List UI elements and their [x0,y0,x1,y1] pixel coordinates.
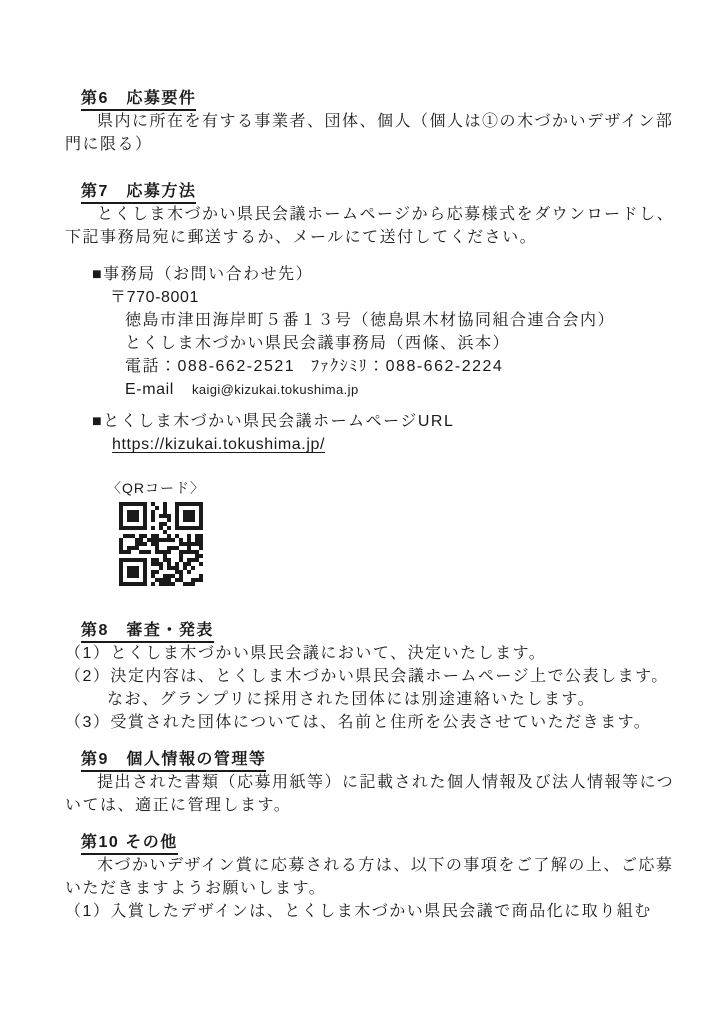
section8-heading: 第8 審査・発表 [65,619,685,642]
spacer [65,249,685,263]
section6-heading-text: 第6 応募要件 [81,88,196,111]
document-content: 第6 応募要件 県内に所在を有する事業者、団体、個人（個人は①の木づかいデザイン… [65,87,685,923]
office-title: ■事務局（お問い合わせ先） [65,263,685,286]
section7-heading-text: 第7 応募方法 [81,181,196,204]
qr-code-label: 〈QRコード〉 [65,477,685,500]
section9-body-line2: いては、適正に管理します。 [65,794,685,817]
section9-body-line1: 提出された書類（応募用紙等）に記載された個人情報及び法人情報等につ [65,771,685,794]
section10-body-line2: いただきますようお願いします。 [65,877,685,900]
office-name: とくしま木づかい県民会議事務局（西條、浜本） [65,332,685,355]
spacer [65,586,685,619]
document-page: 第6 応募要件 県内に所在を有する事業者、団体、個人（個人は①の木づかいデザイン… [0,0,724,1024]
office-email-label: E-mail [125,381,174,398]
section8-item2-continuation: なお、グランプリに採用された団体には別途連絡いたします。 [65,688,685,711]
office-fax: ﾌｧｸｼﾐﾘ：088-662-2224 [311,358,503,375]
office-address: 徳島市津田海岸町５番１３号（徳島県木材協同組合連合会内） [65,309,685,332]
spacer [65,734,685,748]
office-tel-fax-line: 電話：088-662-2521ﾌｧｸｼﾐﾘ：088-662-2224 [65,355,685,378]
section9-heading: 第9 個人情報の管理等 [65,748,685,771]
section6-body-line2: 門に限る） [65,133,685,156]
homepage-url-line: https://kizukai.tokushima.jp/ [65,433,685,456]
section8-item3: （3）受賞された団体については、名前と住所を公表させていただきます。 [65,711,685,734]
section8-heading-text: 第8 審査・発表 [81,620,214,643]
section6-heading: 第6 応募要件 [65,87,685,110]
section7-heading: 第7 応募方法 [65,180,685,203]
section8-item1: （1）とくしま木づかい県民会議において、決定いたします。 [65,642,685,665]
section8-item2: （2）決定内容は、とくしま木づかい県民会議ホームページ上で公表します。 [65,665,685,688]
section7-body-line2: 下記事務局宛に郵送するか、メールにて送付してください。 [65,226,685,249]
qr-code-image [65,502,685,586]
section10-body-line1: 木づかいデザイン賞に応募される方は、以下の事項をご了解の上、ご応募 [65,854,685,877]
section10-heading: 第10 その他 [65,831,685,854]
section10-item1: （1）入賞したデザインは、とくしま木づかい県民会議で商品化に取り組む [65,900,685,923]
section6-body-line1: 県内に所在を有する事業者、団体、個人（個人は①の木づかいデザイン部 [65,110,685,133]
homepage-title: ■とくしま木づかい県民会議ホームページURL [65,410,685,433]
spacer [65,456,685,477]
spacer [65,817,685,831]
office-tel: 電話：088-662-2521 [125,358,295,375]
spacer [65,401,685,410]
office-email-address: kaigi@kizukai.tokushima.jp [192,382,359,397]
section10-heading-text: 第10 その他 [81,832,178,855]
office-postal-code: 〒770-8001 [65,286,685,309]
office-email-line: E-mailkaigi@kizukai.tokushima.jp [65,378,685,401]
homepage-url-link[interactable]: https://kizukai.tokushima.jp/ [112,436,325,453]
section7-body-line1: とくしま木づかい県民会議ホームページから応募様式をダウンロードし、 [65,203,685,226]
section9-heading-text: 第9 個人情報の管理等 [81,749,266,772]
spacer [65,156,685,180]
